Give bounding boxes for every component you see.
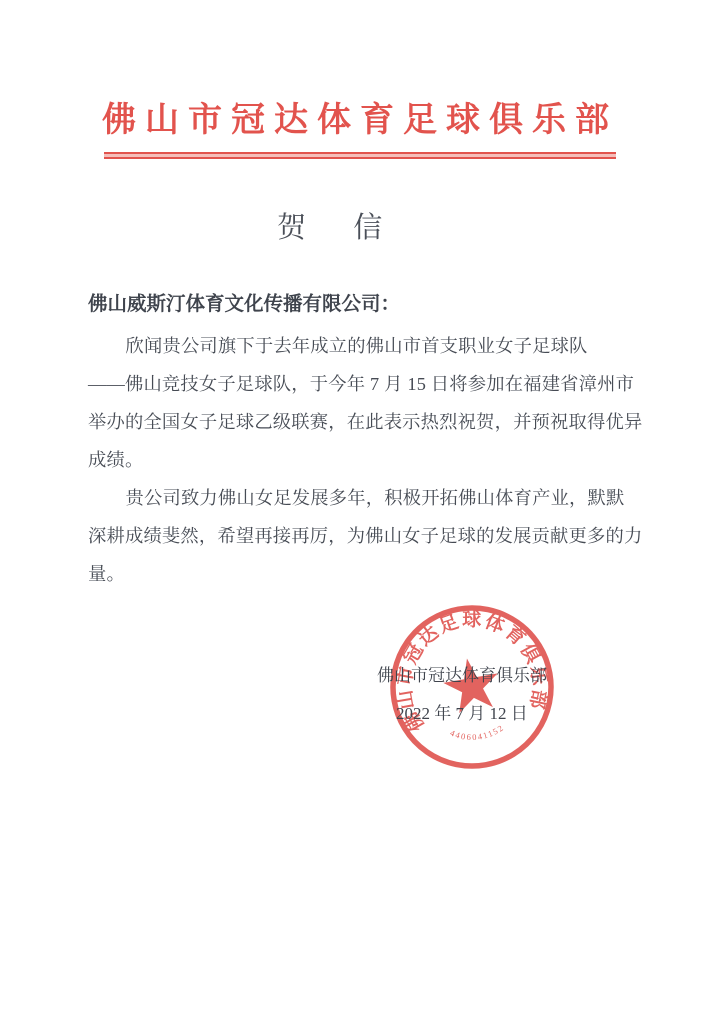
official-seal: 佛山市冠达足球体育俱乐部 4406041152 [387,602,557,772]
letter-page: 佛山市冠达体育足球俱乐部 贺 信 佛山威斯汀体育文化传播有限公司： 欣闻贵公司旗… [0,0,720,1017]
letter-date: 2022 年 7 月 12 日 [396,699,528,724]
body-line: ——佛山竞技女子足球队，于今年 7 月 15 日将参加在福建省漳州市 [88,365,648,403]
signature-org-name: 佛山市冠达体育俱乐部 [377,661,547,686]
letterhead-org-name: 佛山市冠达体育足球俱乐部 [0,92,720,141]
body-line: 量。 [88,555,648,593]
body-line: 成绩。 [88,441,648,479]
official-seal-graphic: 佛山市冠达足球体育俱乐部 4406041152 [387,602,557,772]
recipient-salutation: 佛山威斯汀体育文化传播有限公司： [88,288,400,316]
body-line: 深耕成绩斐然，希望再接再厉，为佛山女子足球的发展贡献更多的力 [88,517,648,555]
body-line: 欣闻贵公司旗下于去年成立的佛山市首支职业女子足球队 [88,327,648,365]
letter-title: 贺 信 [277,205,382,246]
letterhead-divider [104,152,616,159]
body-line: 举办的全国女子足球乙级联赛，在此表示热烈祝贺，并预祝取得优异 [88,403,648,441]
letter-body: 欣闻贵公司旗下于去年成立的佛山市首支职业女子足球队 ——佛山竞技女子足球队，于今… [88,327,648,593]
body-line: 贵公司致力佛山女足发展多年，积极开拓佛山体育产业，默默 [88,479,648,517]
